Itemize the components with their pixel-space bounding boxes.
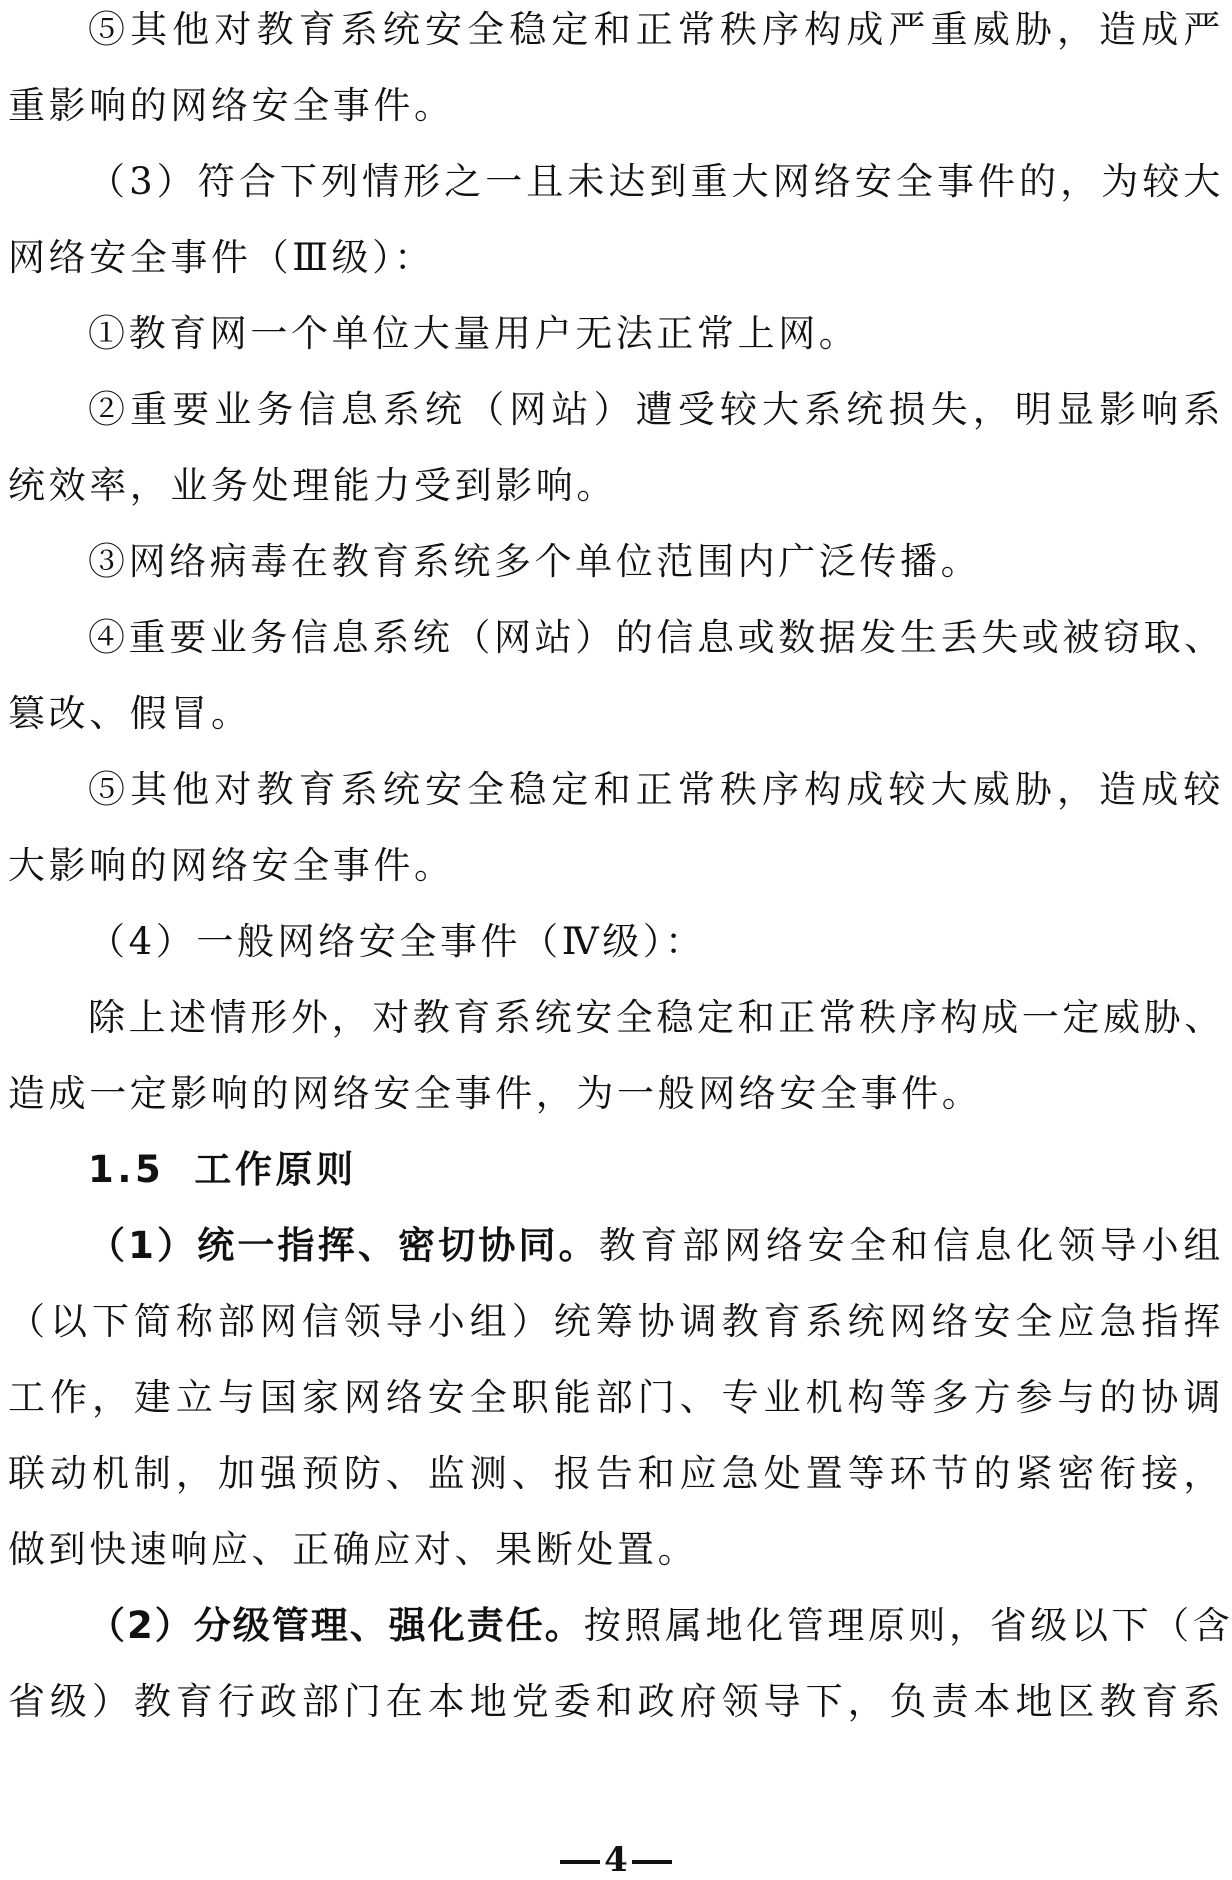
- principle-lead: （2）分级管理、强化责任。: [88, 1604, 584, 1647]
- paragraph-line: （2）分级管理、强化责任。按照属地化管理原则，省级以下（含: [88, 1596, 1224, 1656]
- paragraph-line: ①教育网一个单位大量用户无法正常上网。: [88, 304, 1224, 364]
- paragraph-line: 省级）教育行政部门在本地党委和政府领导下，负责本地区教育系: [8, 1672, 1224, 1732]
- paragraph-line: ⑤其他对教育系统安全稳定和正常秩序构成严重威胁，造成严: [88, 0, 1224, 60]
- page-number: 4: [604, 1840, 628, 1880]
- paragraph-line: （1）统一指挥、密切协同。教育部网络安全和信息化领导小组: [88, 1216, 1224, 1276]
- paragraph-line: 工作，建立与国家网络安全职能部门、专业机构等多方参与的协调: [8, 1368, 1224, 1428]
- paragraph-line: 除上述情形外，对教育系统安全稳定和正常秩序构成一定威胁、: [88, 988, 1224, 1048]
- principle-text: 教育部网络安全和信息化领导小组: [599, 1224, 1224, 1267]
- paragraph-line: （4）一般网络安全事件（Ⅳ级）：: [88, 912, 1224, 972]
- paragraph-line: ③网络病毒在教育系统多个单位范围内广泛传播。: [88, 532, 1224, 592]
- paragraph-line: 大影响的网络安全事件。: [8, 836, 1224, 896]
- section-number: 1.5: [88, 1148, 164, 1191]
- paragraph-line: ②重要业务信息系统（网站）遭受较大系统损失，明显影响系: [88, 380, 1224, 440]
- paragraph-line: 篡改、假冒。: [8, 684, 1224, 744]
- paragraph-line: 重影响的网络安全事件。: [8, 76, 1224, 136]
- page-number-footer: 4: [0, 1840, 1232, 1880]
- section-heading: 1.5工作原则: [88, 1140, 1224, 1200]
- paragraph-line: 统效率，业务处理能力受到影响。: [8, 456, 1224, 516]
- paragraph-line: ④重要业务信息系统（网站）的信息或数据发生丢失或被窃取、: [88, 608, 1224, 668]
- principle-lead: （1）统一指挥、密切协同。: [88, 1224, 599, 1267]
- paragraph-line: ⑤其他对教育系统安全稳定和正常秩序构成较大威胁，造成较: [88, 760, 1224, 820]
- paragraph-line: 网络安全事件（Ⅲ级）：: [8, 228, 1224, 288]
- paragraph-line: （以下简称部网信领导小组）统筹协调教育系统网络安全应急指挥: [8, 1292, 1224, 1352]
- section-title: 工作原则: [194, 1148, 356, 1191]
- dash-left: [560, 1860, 600, 1864]
- document-page: ⑤其他对教育系统安全稳定和正常秩序构成严重威胁，造成严 重影响的网络安全事件。 …: [0, 0, 1232, 1880]
- dash-right: [632, 1860, 672, 1864]
- paragraph-line: 做到快速响应、正确应对、果断处置。: [8, 1520, 1224, 1580]
- paragraph-line: 联动机制，加强预防、监测、报告和应急处置等环节的紧密衔接，: [8, 1444, 1224, 1504]
- principle-text: 按照属地化管理原则，省级以下（含: [584, 1604, 1232, 1647]
- paragraph-line: 造成一定影响的网络安全事件，为一般网络安全事件。: [8, 1064, 1224, 1124]
- paragraph-line: （3）符合下列情形之一且未达到重大网络安全事件的，为较大: [88, 152, 1224, 212]
